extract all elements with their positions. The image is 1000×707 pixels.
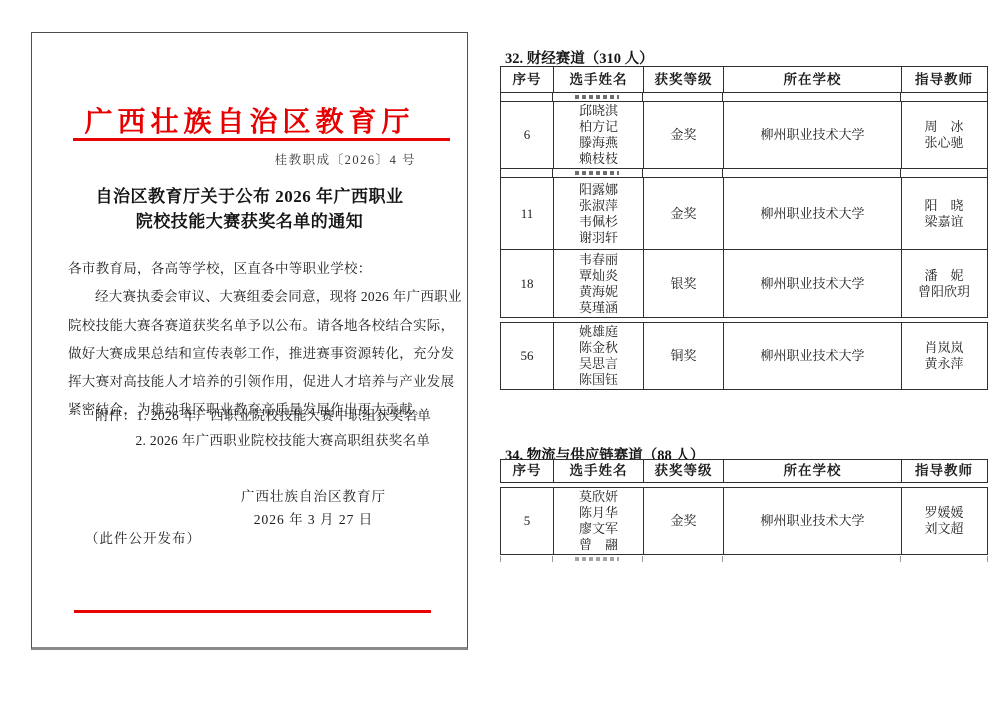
table-title-finance: 32. 财经赛道（310 人） <box>505 47 654 68</box>
row-school: 柳州职业技术大学 <box>723 488 901 554</box>
clipped-text-marks <box>575 171 619 175</box>
row-teachers: 罗媛媛 刘文超 <box>901 488 986 554</box>
col-header-no: 序号 <box>501 460 553 482</box>
col-header-no: 序号 <box>501 67 553 92</box>
clipped-text-marks <box>575 557 619 561</box>
col-header-names: 选手姓名 <box>553 460 643 482</box>
body-line: 院校技能大赛各赛道获奖名单予以公布。请各地各校结合实际， <box>68 312 450 340</box>
row-no: 56 <box>501 323 553 389</box>
doc-body: 各市教育局，各高等学校，区直各中等职业学校： 经大赛执委会审议、大赛组委会同意，… <box>68 255 450 425</box>
row-no: 5 <box>501 488 553 554</box>
col-header-teacher: 指导教师 <box>901 460 986 482</box>
row-names: 韦春丽 覃灿炎 黄海妮 莫瑾涵 <box>553 250 643 317</box>
row-teachers: 周 冰 张心驰 <box>901 102 986 168</box>
row-names: 莫欣妍 陈月华 廖文军 曾 翮 <box>553 488 643 554</box>
table-row: 18 韦春丽 覃灿炎 黄海妮 莫瑾涵 银奖 柳州职业技术大学 潘 妮 曾阳欣玥 <box>500 249 988 318</box>
table-row: 6 邱晓淇 柏方记 滕海燕 赖枝枝 金奖 柳州职业技术大学 周 冰 张心驰 <box>500 101 988 169</box>
attachment-item-2: 2. 2026 年广西职业院校技能大赛高职组获奖名单 <box>68 428 431 453</box>
body-line: 挥大赛对高技能人才培养的引领作用，促进人才培养与产业发展 <box>68 368 450 396</box>
clipped-row-fragment <box>500 169 988 177</box>
table-row: 56 姚雄庭 陈金秋 吴思言 陈国钰 铜奖 柳州职业技术大学 肖岚岚 黄永萍 <box>500 322 988 390</box>
col-header-school: 所在学校 <box>723 67 901 92</box>
col-header-names: 选手姓名 <box>553 67 643 92</box>
attachment-item-1: 附件：1. 2026 年广西职业院校技能大赛中职组获奖名单 <box>68 403 431 428</box>
red-divider-top <box>73 138 450 141</box>
col-header-award: 获奖等级 <box>643 460 723 482</box>
row-award: 金奖 <box>643 102 723 168</box>
row-no: 6 <box>501 102 553 168</box>
row-award: 银奖 <box>643 250 723 317</box>
doc-number: 桂教职成〔2026〕4 号 <box>275 150 416 168</box>
table-header-row: 序号 选手姓名 获奖等级 所在学校 指导教师 <box>500 459 988 483</box>
attachments-list: 附件：1. 2026 年广西职业院校技能大赛中职组获奖名单 2. 2026 年广… <box>68 403 431 453</box>
body-line: 经大赛执委会审议、大赛组委会同意，现将 2026 年广西职业 <box>68 283 450 311</box>
attachment-label: 附件： <box>95 408 136 423</box>
col-header-school: 所在学校 <box>723 460 901 482</box>
body-line: 做好大赛成果总结和宣传表彰工作，推进赛事资源转化，充分发 <box>68 340 450 368</box>
row-award: 金奖 <box>643 178 723 249</box>
row-no: 11 <box>501 178 553 249</box>
row-award: 铜奖 <box>643 323 723 389</box>
signature-block: 广西壮族自治区教育厅 2026 年 3 月 27 日 <box>241 485 386 531</box>
row-names: 邱晓淇 柏方记 滕海燕 赖枝枝 <box>553 102 643 168</box>
doc-title-line1: 自治区教育厅关于公布 2026 年广西职业 <box>32 184 467 209</box>
red-divider-bottom <box>74 610 431 613</box>
col-header-award: 获奖等级 <box>643 67 723 92</box>
row-award: 金奖 <box>643 488 723 554</box>
row-teachers: 肖岚岚 黄永萍 <box>901 323 986 389</box>
notice-document-page: 广西壮族自治区教育厅 桂教职成〔2026〕4 号 自治区教育厅关于公布 2026… <box>31 32 468 650</box>
signature-date: 2026 年 3 月 27 日 <box>241 508 386 531</box>
row-school: 柳州职业技术大学 <box>723 178 901 249</box>
row-school: 柳州职业技术大学 <box>723 250 901 317</box>
signature-org: 广西壮族自治区教育厅 <box>241 485 386 508</box>
clipped-text-marks <box>575 95 619 99</box>
row-school: 柳州职业技术大学 <box>723 323 901 389</box>
clipped-row-fragment <box>500 556 988 562</box>
row-no: 18 <box>501 250 553 317</box>
org-header-title: 广西壮族自治区教育厅 <box>32 100 467 140</box>
doc-title-line2: 院校技能大赛获奖名单的通知 <box>32 209 467 234</box>
row-school: 柳州职业技术大学 <box>723 102 901 168</box>
doc-title: 自治区教育厅关于公布 2026 年广西职业 院校技能大赛获奖名单的通知 <box>32 184 467 234</box>
col-header-teacher: 指导教师 <box>901 67 986 92</box>
table-row: 11 阳露娜 张淑萍 韦佩杉 谢羽轩 金奖 柳州职业技术大学 阳 晓 梁嘉谊 <box>500 177 988 250</box>
table-row: 5 莫欣妍 陈月华 廖文军 曾 翮 金奖 柳州职业技术大学 罗媛媛 刘文超 <box>500 487 988 555</box>
row-teachers: 阳 晓 梁嘉谊 <box>901 178 986 249</box>
body-salutation: 各市教育局，各高等学校，区直各中等职业学校： <box>68 255 450 283</box>
table-header-row: 序号 选手姓名 获奖等级 所在学校 指导教师 <box>500 66 988 93</box>
row-teachers: 潘 妮 曾阳欣玥 <box>901 250 986 317</box>
row-names: 阳露娜 张淑萍 韦佩杉 谢羽轩 <box>553 178 643 249</box>
clipped-row-fragment <box>500 93 988 101</box>
public-release-note: （此件公开发布） <box>85 527 201 547</box>
row-names: 姚雄庭 陈金秋 吴思言 陈国钰 <box>553 323 643 389</box>
